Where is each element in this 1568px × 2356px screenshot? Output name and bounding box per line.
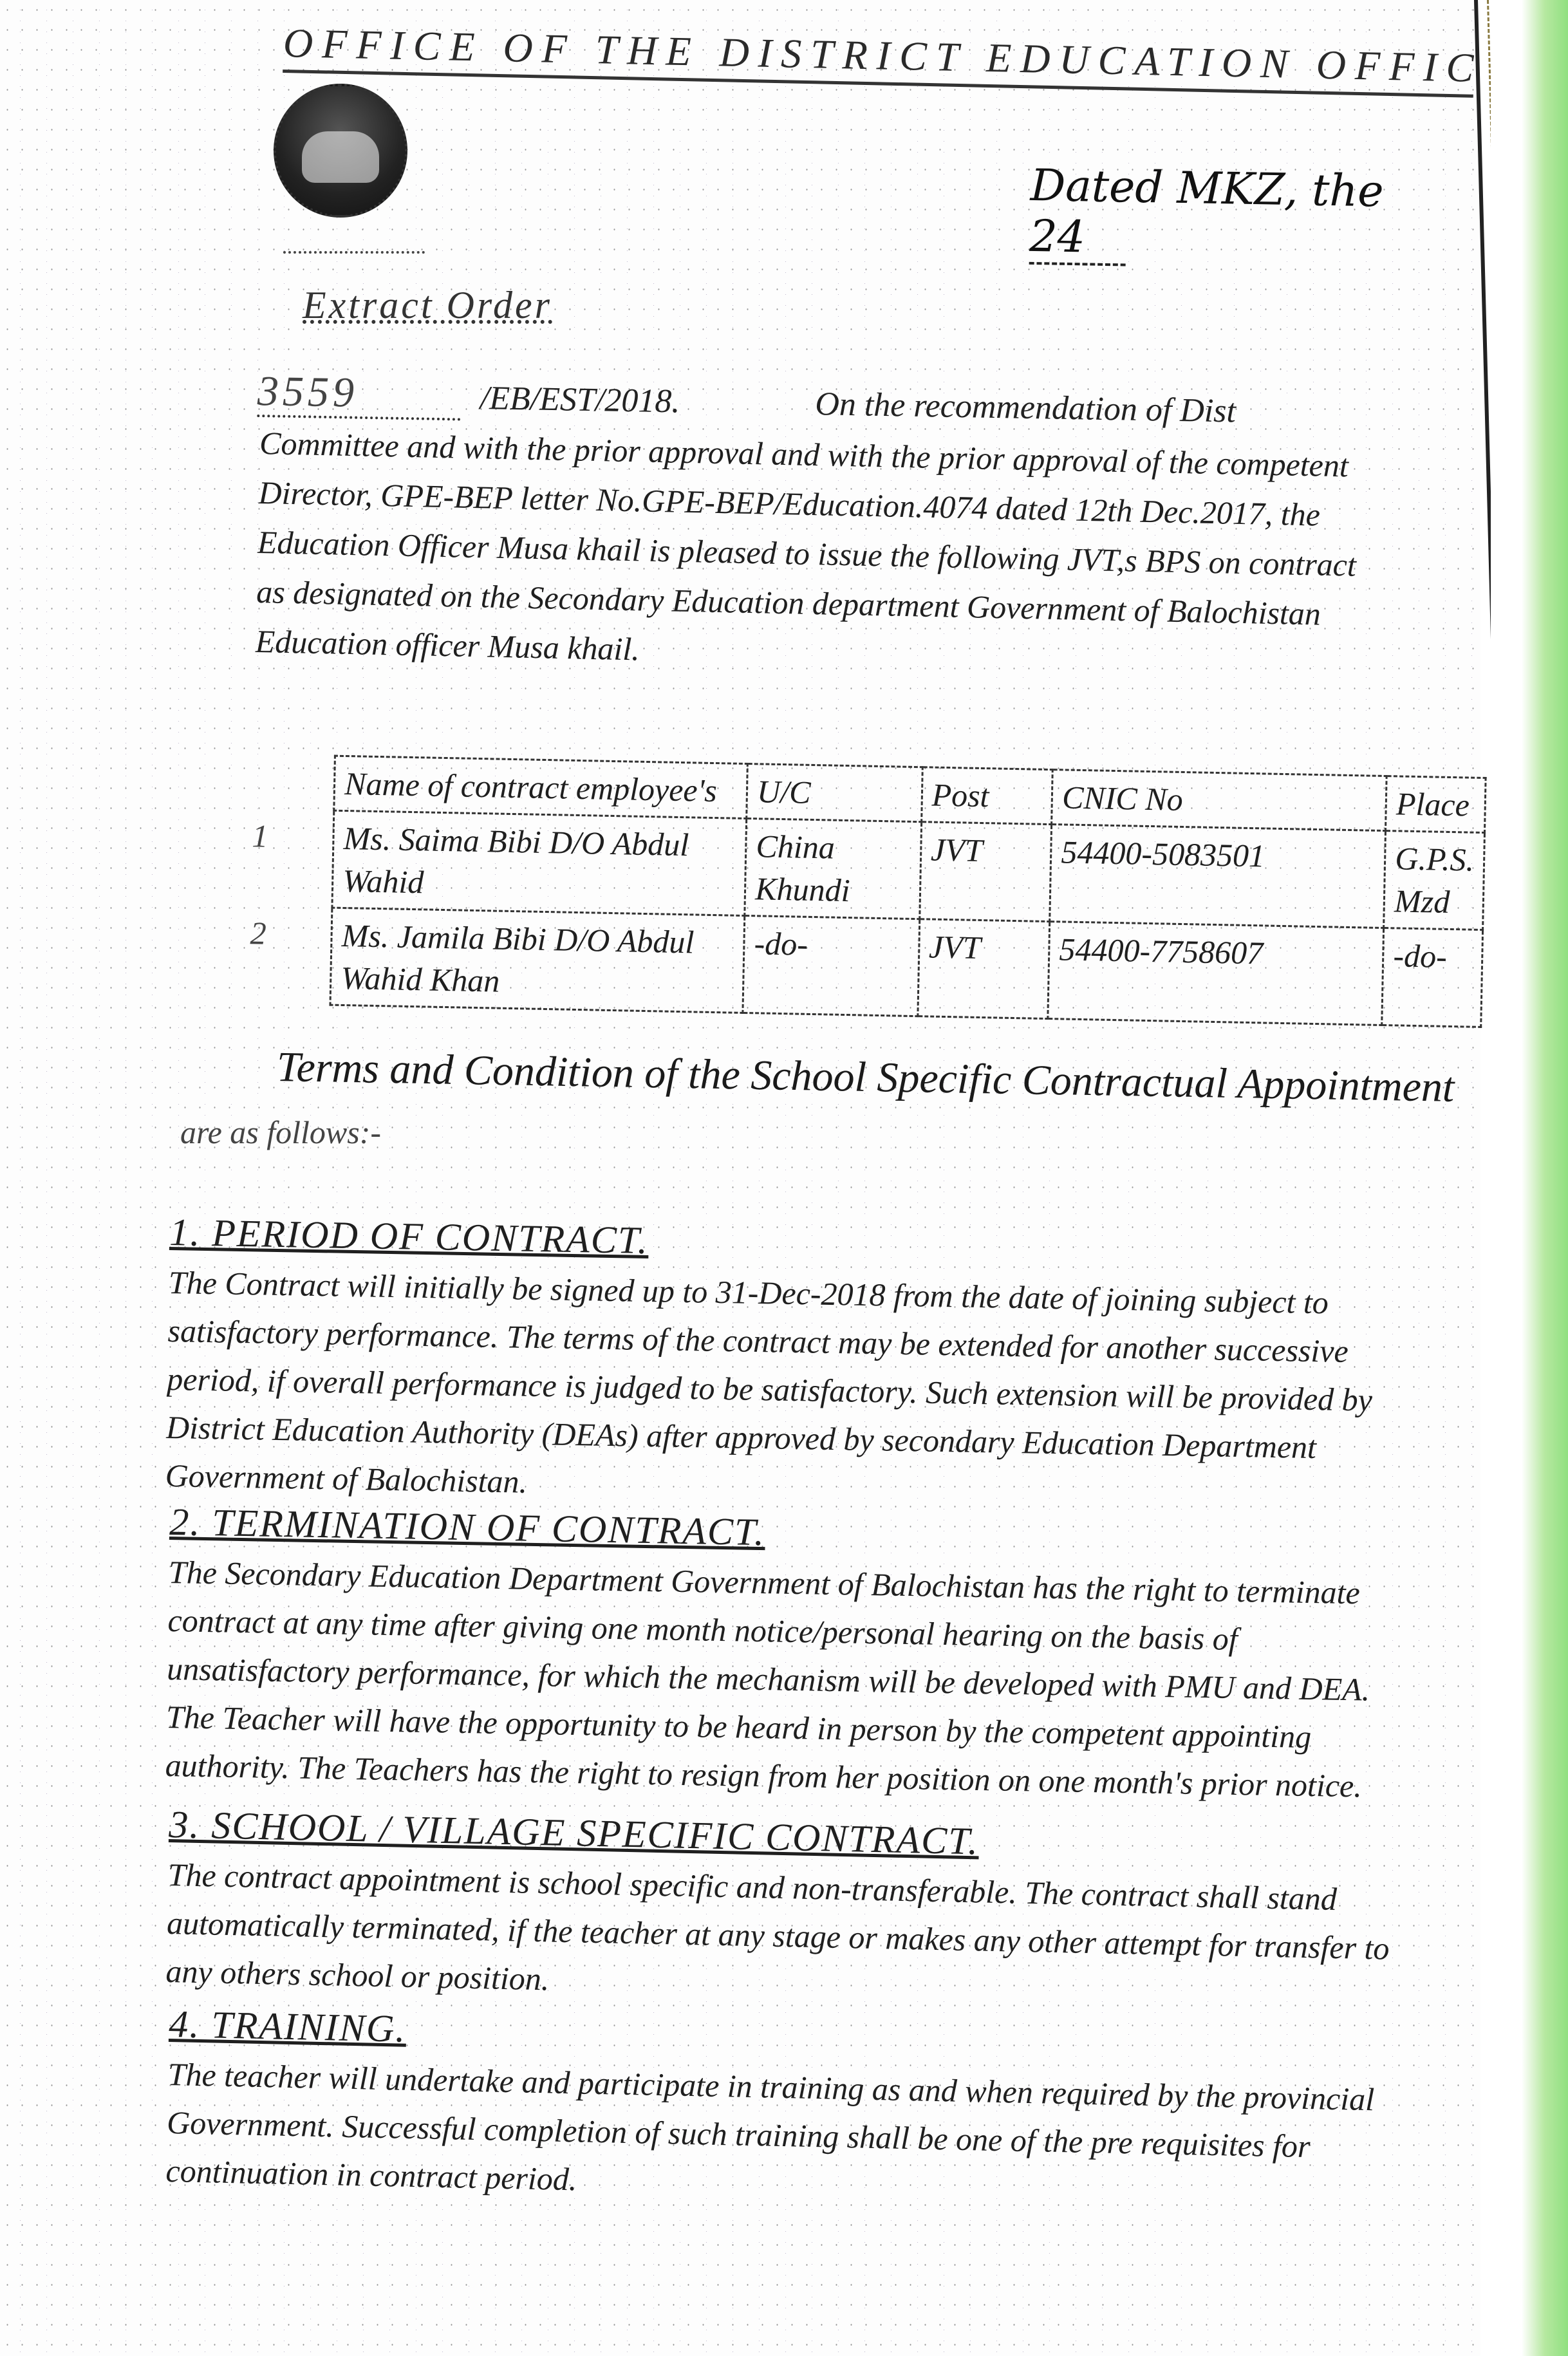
section-termination-of-contract: 2. Termination of Contract. The Secondar… [165,1500,1483,1813]
cell-place: G.P.S. Mzd [1384,831,1485,930]
cell-cnic: 54400-5083501 [1050,825,1386,928]
dated-day: 24 [1029,211,1126,266]
cell-cnic: 54400-7758607 [1048,922,1384,1025]
reference-number: 3559 [257,368,461,421]
section-period-of-contract: 1. Period of Contract. The Contract will… [165,1210,1483,1523]
cell-uc: China Khundi [745,818,921,919]
section-body: The Contract will initially be signed up… [165,1258,1482,1523]
intro-start: On the recommendation of Dist [815,386,1237,429]
terms-as-follows: are as follows:- [180,1114,381,1151]
section-body: The contract appointment is school speci… [165,1851,1481,2023]
cell-post: JVT [919,822,1051,922]
cell-name: Ms. Jamila Bibi D/O Abdul Wahid Khan [330,908,745,1013]
header-place: Place [1386,776,1486,833]
terms-heading: Terms and Condition of the School Specif… [276,1043,1455,1112]
emblem-caption [283,225,425,254]
office-title: Office of the District Education Officer [283,19,1474,98]
header-sno [243,754,335,810]
reference-code: /EB/EST/2018. [480,380,680,420]
section-body: The teacher will undertake and participa… [165,2050,1481,2223]
cell-place: -do- [1382,928,1483,1027]
cell-name: Ms. Saima Bibi D/O Abdul Wahid [332,810,747,915]
background-surface [1491,0,1568,2356]
cell-sno: 2 [240,906,333,1005]
section-training: 4. Training. The teacher will undertake … [165,2002,1482,2223]
government-emblem-icon [274,84,407,218]
dated-line: Dated MKZ, the 24 [1029,160,1482,272]
document-content: Office of the District Education Officer… [0,0,1480,2356]
employees-table: Name of contract employee's U/C Post CNI… [240,753,1487,1028]
cell-sno: 1 [241,809,334,908]
header-name: Name of contract employee's [334,756,748,818]
header-post: Post [921,767,1052,825]
cell-post: JVT [918,919,1050,1019]
cell-uc: -do- [743,915,919,1016]
order-title: Extract Order [303,283,552,328]
header-uc: U/C [747,764,922,822]
intro-paragraph: Committee and with the prior approval an… [255,418,1483,692]
dated-label: Dated MKZ, the [1030,160,1384,218]
section-school-village-specific-contract: 3. School / Village Specific Contract. T… [165,1802,1482,2023]
header-cnic: CNIC No [1052,770,1387,831]
section-body: The Secondary Education Department Gover… [165,1548,1482,1813]
